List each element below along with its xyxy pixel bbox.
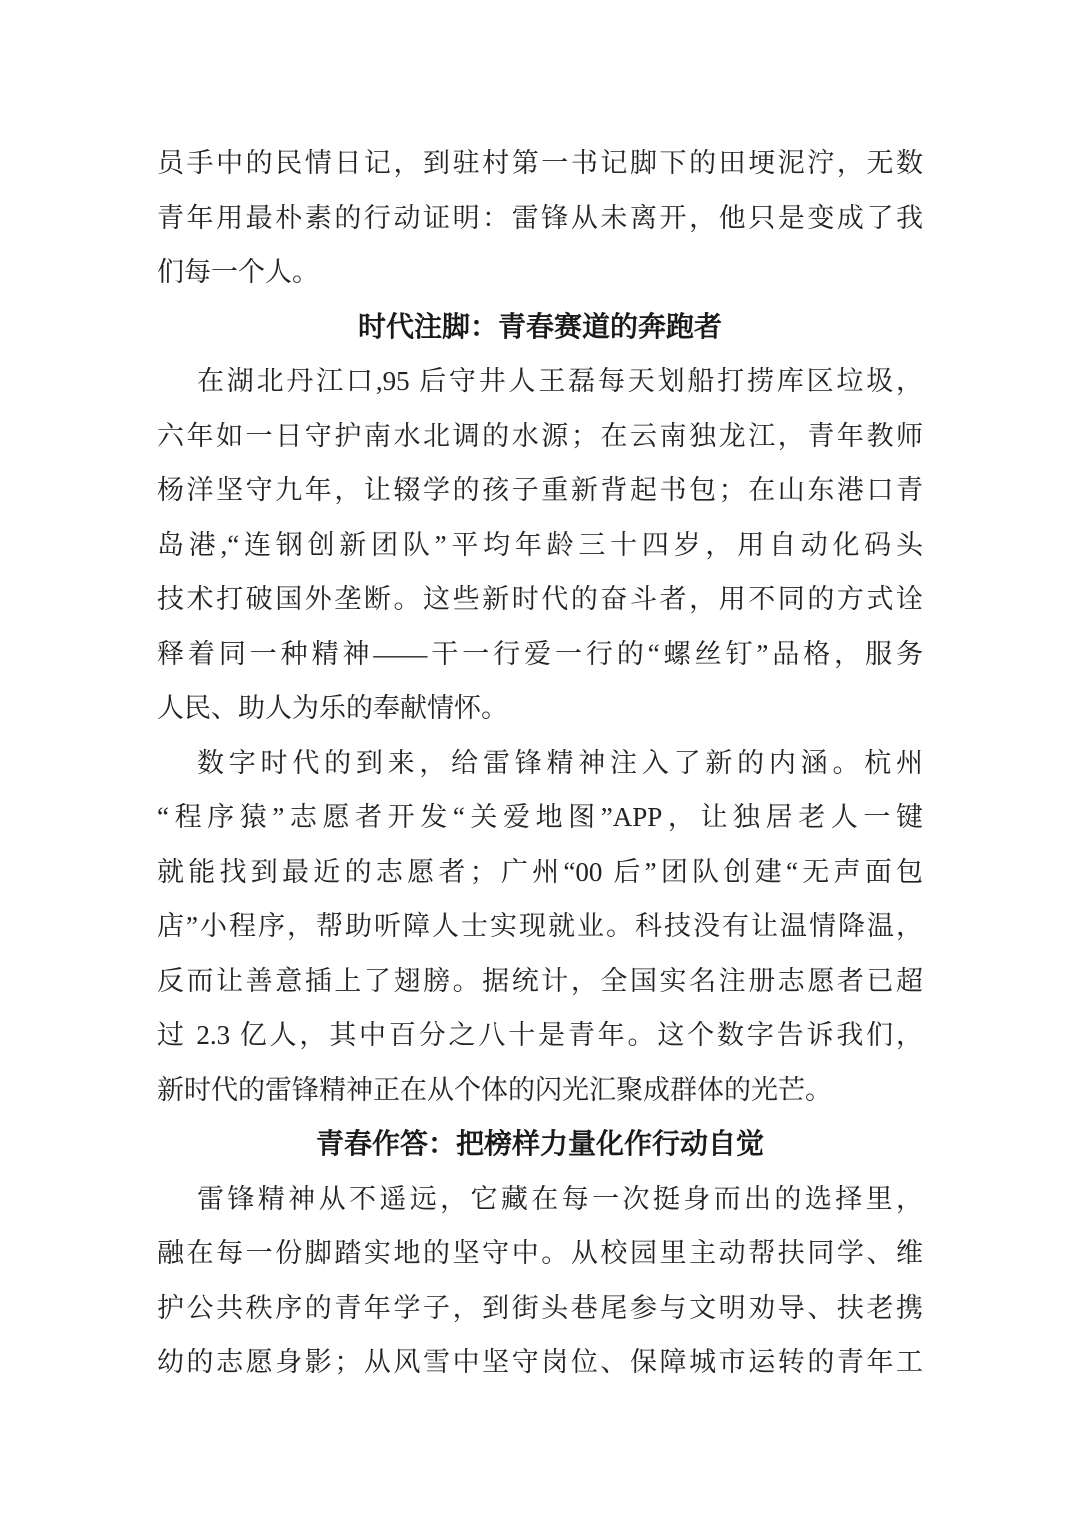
text-line: 幼的志愿身影；从风雪中坚守岗位、保障城市运转的青年工 xyxy=(157,1335,923,1390)
text-line: 反而让善意插上了翅膀。据统计，全国实名注册志愿者已超 xyxy=(157,954,923,1009)
section-heading: 时代注脚：青春赛道的奔跑者 xyxy=(157,300,923,355)
text-line: 过 2.3 亿人，其中百分之八十是青年。这个数字告诉我们， xyxy=(157,1008,923,1063)
text-line: 岛港,“连钢创新团队”平均年龄三十四岁，用自动化码头 xyxy=(157,518,923,573)
text-line: 释着同一种精神——干一行爱一行的“螺丝钉”品格，服务 xyxy=(157,627,923,682)
text-line: 六年如一日守护南水北调的水源；在云南独龙江，青年教师 xyxy=(157,409,923,464)
text-line: 人民、助人为乐的奉献情怀。 xyxy=(157,681,923,736)
text-line: 护公共秩序的青年学子，到街头巷尾参与文明劝导、扶老携 xyxy=(157,1281,923,1336)
document-page: 员手中的民情日记，到驻村第一书记脚下的田埂泥泞，无数青年用最朴素的行动证明：雷锋… xyxy=(0,0,1080,1525)
text-line: 杨洋坚守九年，让辍学的孩子重新背起书包；在山东港口青 xyxy=(157,463,923,518)
paragraph: 员手中的民情日记，到驻村第一书记脚下的田埂泥泞，无数青年用最朴素的行动证明：雷锋… xyxy=(157,136,923,300)
text-line: 在湖北丹江口,95 后守井人王磊每天划船打捞库区垃圾， xyxy=(157,354,923,409)
paragraph: 在湖北丹江口,95 后守井人王磊每天划船打捞库区垃圾，六年如一日守护南水北调的水… xyxy=(157,354,923,736)
document-content: 员手中的民情日记，到驻村第一书记脚下的田埂泥泞，无数青年用最朴素的行动证明：雷锋… xyxy=(157,136,923,1390)
text-line: 融在每一份脚踏实地的坚守中。从校园里主动帮扶同学、维 xyxy=(157,1226,923,1281)
text-line: 数字时代的到来，给雷锋精神注入了新的内涵。杭州 xyxy=(157,736,923,791)
text-line: 新时代的雷锋精神正在从个体的闪光汇聚成群体的光芒。 xyxy=(157,1063,923,1118)
section-heading: 青春作答：把榜样力量化作行动自觉 xyxy=(157,1117,923,1172)
text-line: 们每一个人。 xyxy=(157,245,923,300)
text-line: 员手中的民情日记，到驻村第一书记脚下的田埂泥泞，无数 xyxy=(157,136,923,191)
paragraph: 数字时代的到来，给雷锋精神注入了新的内涵。杭州“程序猿”志愿者开发“关爱地图”A… xyxy=(157,736,923,1118)
text-line: 技术打破国外垄断。这些新时代的奋斗者，用不同的方式诠 xyxy=(157,572,923,627)
text-line: “程序猿”志愿者开发“关爱地图”APP，让独居老人一键 xyxy=(157,790,923,845)
text-line: 店”小程序，帮助听障人士实现就业。科技没有让温情降温， xyxy=(157,899,923,954)
text-line: 就能找到最近的志愿者；广州“00 后”团队创建“无声面包 xyxy=(157,845,923,900)
text-line: 青年用最朴素的行动证明：雷锋从未离开，他只是变成了我 xyxy=(157,191,923,246)
text-line: 雷锋精神从不遥远，它藏在每一次挺身而出的选择里， xyxy=(157,1172,923,1227)
paragraph: 雷锋精神从不遥远，它藏在每一次挺身而出的选择里，融在每一份脚踏实地的坚守中。从校… xyxy=(157,1172,923,1390)
